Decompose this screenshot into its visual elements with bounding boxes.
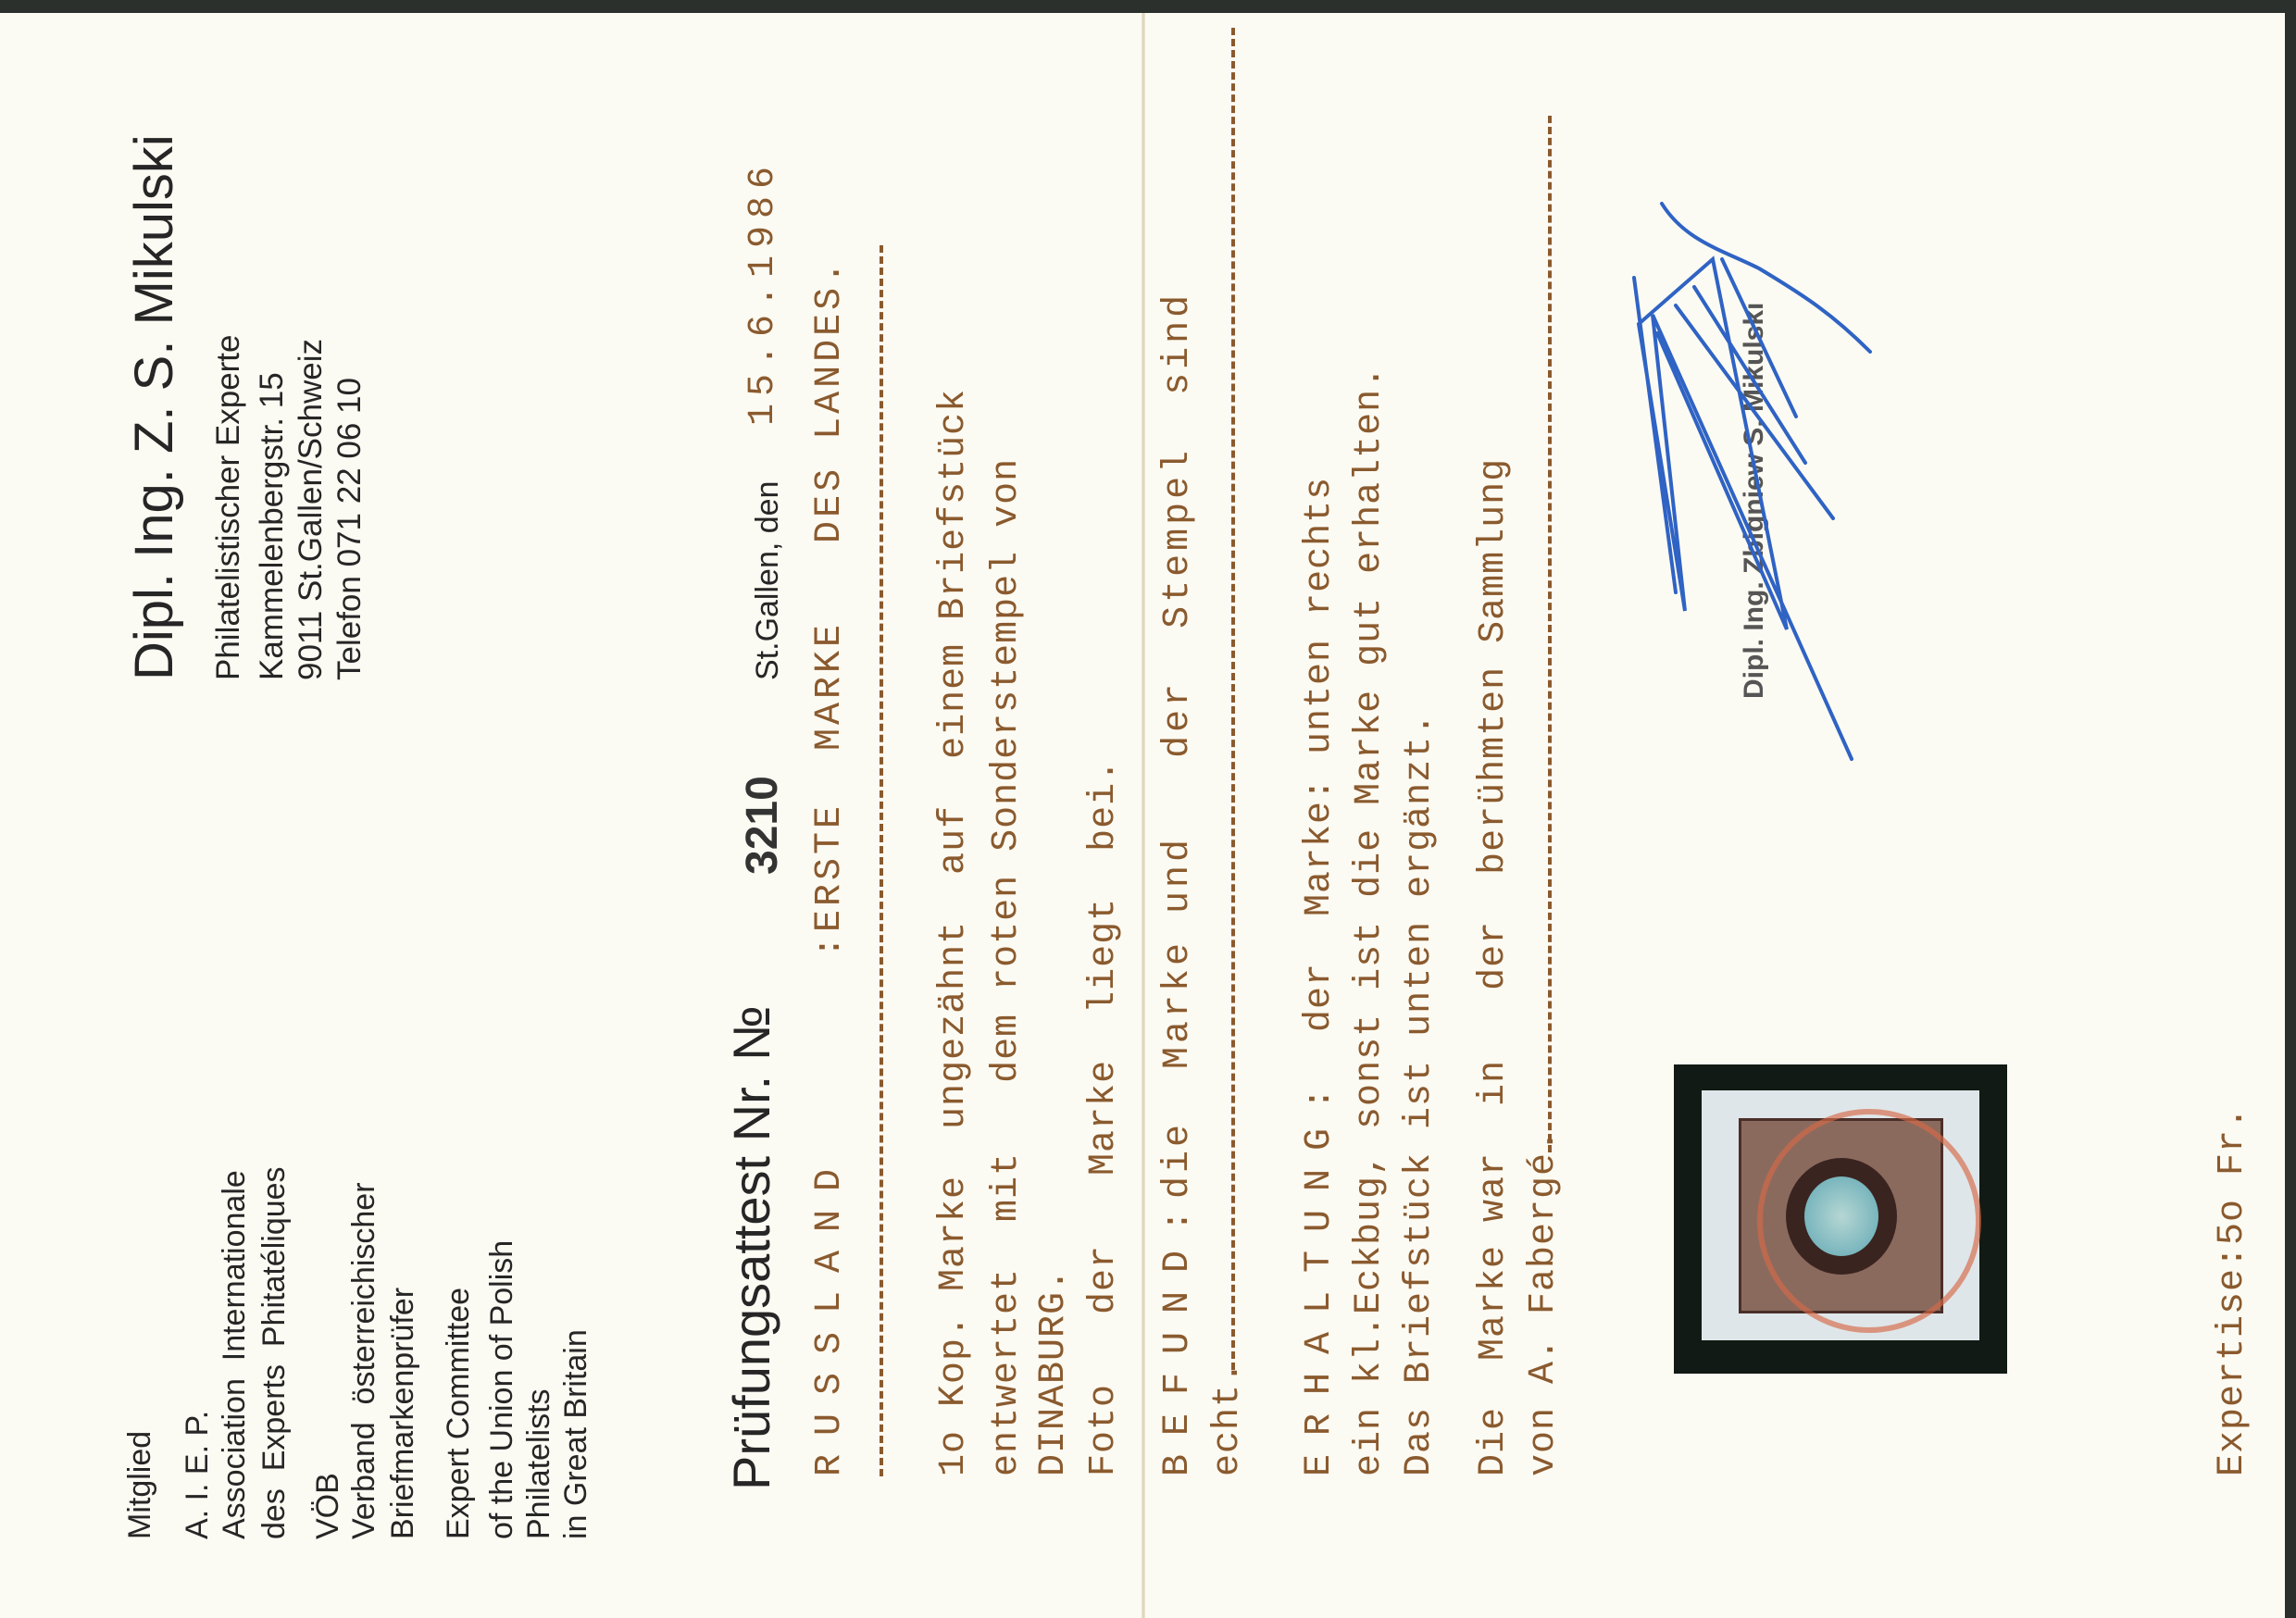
place-label: St.Gallen, den xyxy=(752,481,783,680)
expertise-fee: Expertise:5o Fr. xyxy=(2215,1106,2252,1476)
membership-line: of the Union of Polish xyxy=(486,1240,518,1539)
membership-line: Briefmarkenprüfer xyxy=(387,1288,418,1539)
separator-line xyxy=(1548,116,1555,1152)
signature xyxy=(1620,185,1926,796)
letterhead-line: 9011 St.Gallen/Schweiz xyxy=(294,339,327,680)
membership-line: Association Internationale xyxy=(218,1170,250,1539)
letterhead-line: Philatelistischer Experte xyxy=(212,335,244,681)
separator-line xyxy=(1231,28,1239,1370)
provenance-text: Die Marke war in der berühmten Sammlung xyxy=(1476,458,1513,1476)
befund-text: echt. xyxy=(1210,1361,1247,1476)
membership-line: Expert Committee xyxy=(443,1288,474,1539)
membership-line: in Great Britain xyxy=(560,1329,592,1539)
certificate-title: Prüfungsattest Nr. № xyxy=(726,1005,778,1490)
stamp-photo-mount xyxy=(1674,1064,2007,1374)
erhaltung-text: Das Briefstück ist unten ergänzt. xyxy=(1402,713,1439,1476)
separator-line xyxy=(880,245,887,1476)
letterhead-line: Kammelenbergstr. 15 xyxy=(256,372,288,680)
description-line: Foto der Marke liegt bei. xyxy=(1086,759,1123,1476)
membership-line: VÖB xyxy=(312,1473,343,1539)
befund-label: BEFUND: xyxy=(1160,1191,1197,1476)
membership-heading: Mitglied xyxy=(124,1431,156,1539)
letter-piece xyxy=(1702,1090,1979,1340)
description-line: entwertet mit dem roten Sonderstempel vo… xyxy=(989,458,1026,1476)
provenance-text: von A. Fabergé. xyxy=(1526,1129,1563,1476)
subject-country: RUSSLAND xyxy=(812,1151,849,1476)
erhaltung-text: ein kl.Eckbug, sonst ist die Marke gut e… xyxy=(1352,366,1389,1476)
letterhead-line: Telefon 071 22 06 10 xyxy=(333,378,366,680)
letterhead-name: Dipl. Ing. Z. S. Mikulski xyxy=(128,134,181,680)
membership-line: Verband österreichischer xyxy=(348,1182,380,1539)
membership-line: Philatelists xyxy=(523,1388,555,1539)
description-line: DINABURG. xyxy=(1036,1268,1073,1476)
erhaltung-label: ERHALTUNG: xyxy=(1302,1069,1339,1476)
erhaltung-text: der Marke: unten rechts xyxy=(1302,477,1339,1032)
subject-description: :ERSTE MARKE DES LANDES. xyxy=(812,258,849,958)
red-cancel-postmark xyxy=(1757,1109,1981,1333)
membership-line: A. I. E. P. xyxy=(181,1411,213,1539)
membership-line: des Experts Phitatéliques xyxy=(258,1166,290,1539)
certificate-date: 15.6.1986 xyxy=(745,159,782,426)
description-line: 1o Kop. Marke ungezähnt auf einem Briefs… xyxy=(936,389,973,1476)
fold-line xyxy=(1142,13,1145,1618)
certificate-number: 3210 xyxy=(741,776,785,875)
befund-text: die Marke und der Stempel sind xyxy=(1160,292,1197,1199)
